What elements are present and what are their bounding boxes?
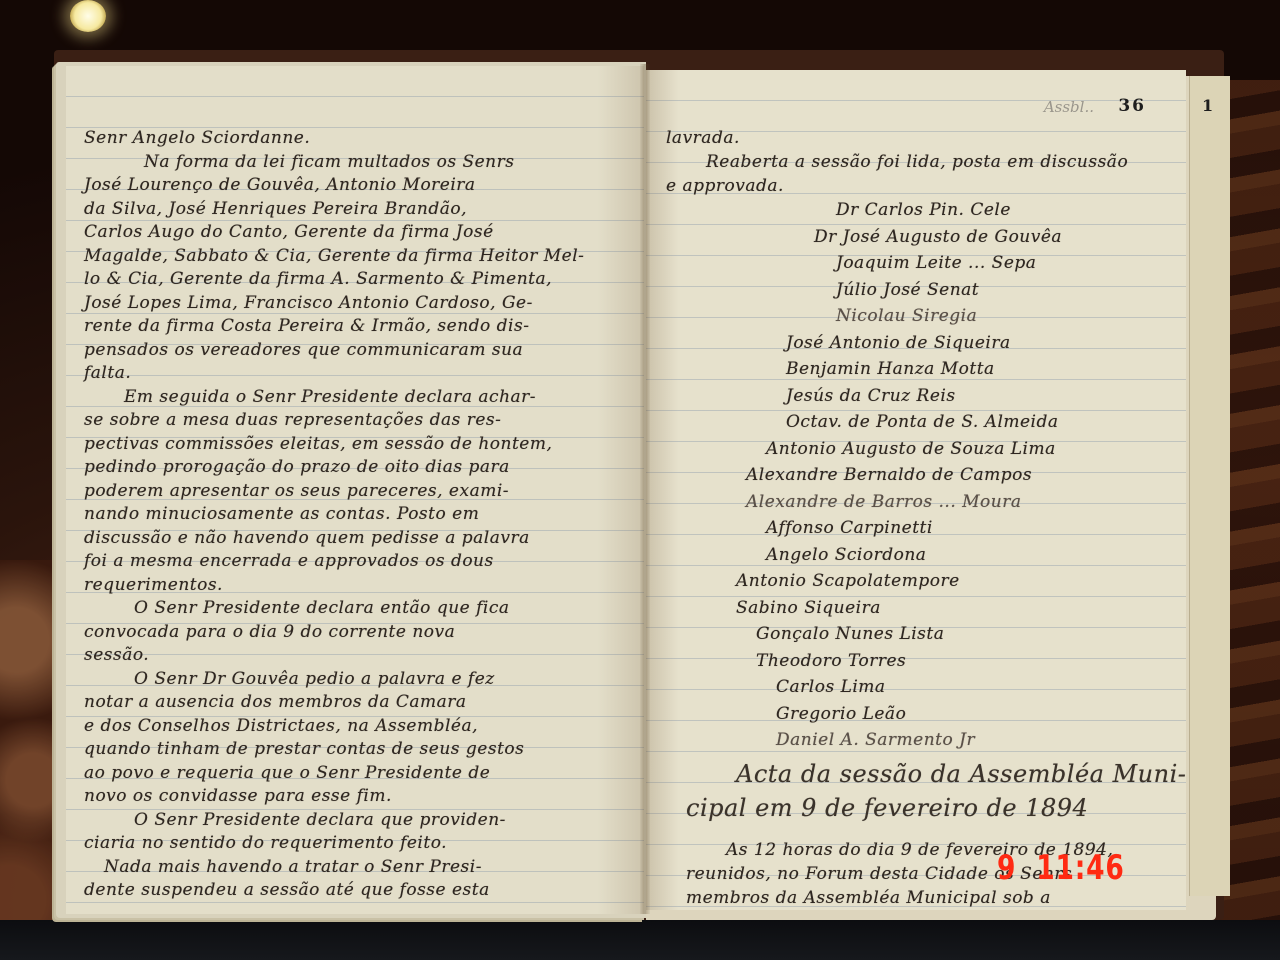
left-page-line: falta. — [84, 363, 131, 383]
left-page-line: poderem apresentar os seus pareceres, ex… — [84, 481, 509, 501]
signature: Antonio Augusto de Souza Lima — [766, 439, 1056, 459]
left-page-line: pedindo prorogação do prazo de oito dias… — [84, 457, 510, 477]
background-carpet — [0, 560, 55, 960]
left-page-line: Senr Angelo Sciordanne. — [84, 128, 310, 148]
signature: Alexandre Bernaldo de Campos — [746, 465, 1032, 485]
left-page-line: Nada mais havendo a tratar o Senr Presi- — [104, 857, 482, 877]
left-page-line: foi a mesma encerrada e approvados os do… — [84, 551, 494, 571]
left-page-line: José Lourenço de Gouvêa, Antonio Moreira — [84, 175, 476, 195]
right-page-line: lavrada. — [666, 128, 740, 148]
left-page-line: Carlos Augo do Canto, Gerente da firma J… — [84, 222, 494, 242]
open-ledger-book: Senr Angelo Sciordanne.Na forma da lei f… — [54, 50, 1224, 925]
signature: Dr Carlos Pin. Cele — [836, 200, 1011, 220]
signature: Benjamin Hanza Motta — [786, 359, 995, 379]
left-page-line: se sobre a mesa duas representações das … — [84, 410, 501, 430]
left-page-line: ciaria no sentido do requerimento feito. — [84, 833, 447, 853]
left-page-line: e dos Conselhos Districtaes, na Assemblé… — [84, 716, 478, 736]
left-page-line: sessão. — [84, 645, 149, 665]
left-page-line: Na forma da lei ficam multados os Senrs — [144, 152, 514, 172]
lamp-reflection — [70, 0, 106, 32]
left-page-line: O Senr Presidente declara que providen- — [134, 810, 506, 830]
left-page-line: rente da firma Costa Pereira & Irmão, se… — [84, 316, 529, 336]
signature: Gonçalo Nunes Lista — [756, 624, 944, 644]
signature: Sabino Siqueira — [736, 598, 881, 618]
signature: Gregorio Leão — [776, 704, 906, 724]
signature: Angelo Sciordona — [766, 545, 926, 565]
right-page-line: Reaberta a sessão foi lida, posta em dis… — [706, 152, 1128, 172]
left-page-line: nando minuciosamente as contas. Posto em — [84, 504, 479, 524]
signature: Dr José Augusto de Gouvêa — [814, 227, 1062, 247]
left-page-line: O Senr Presidente declara então que fica — [134, 598, 510, 618]
left-page-line: ao povo e requeria que o Senr Presidente… — [84, 763, 490, 783]
left-page-line: O Senr Dr Gouvêa pedio a palavra e fez — [134, 669, 495, 689]
left-page-line: notar a ausencia dos membros da Camara — [84, 692, 467, 712]
right-page: Assbl.. 36 lavrada.Reaberta a sessão foi… — [646, 70, 1186, 910]
minutes-entry-title: Acta da sessão da Assembléa Muni- — [736, 760, 1186, 788]
left-page: Senr Angelo Sciordanne.Na forma da lei f… — [66, 66, 644, 914]
underlying-page-tab-number: 1 — [1202, 96, 1213, 115]
camera-timestamp: 9 11:46 — [997, 848, 1125, 888]
left-page-line: pectivas commissões eleitas, em sessão d… — [84, 434, 552, 454]
signature: Daniel A. Sarmento Jr — [776, 730, 975, 750]
right-page-line: e approvada. — [666, 176, 784, 196]
signature: Octav. de Ponta de S. Almeida — [786, 412, 1059, 432]
signature: Carlos Lima — [776, 677, 886, 697]
page-number: 36 — [1118, 96, 1146, 116]
signature: Theodoro Torres — [756, 651, 906, 671]
signature: Júlio José Senat — [836, 280, 979, 300]
photo-scene: Senr Angelo Sciordanne.Na forma da lei f… — [0, 0, 1280, 960]
signature: Antonio Scapolatempore — [736, 571, 960, 591]
left-page-line: novo os convidasse para esse fim. — [84, 786, 392, 806]
left-page-line: da Silva, José Henriques Pereira Brandão… — [84, 199, 467, 219]
minutes-entry-title: cipal em 9 de fevereiro de 1894 — [686, 794, 1088, 822]
signature: Jesús da Cruz Reis — [786, 386, 956, 406]
pencil-annotation: Assbl.. — [1044, 98, 1094, 116]
signature: Affonso Carpinetti — [766, 518, 933, 538]
left-page-line: convocada para o dia 9 do corrente nova — [84, 622, 455, 642]
display-case-edge — [0, 920, 1280, 960]
signature: Alexandre de Barros ... Moura — [746, 492, 1021, 512]
left-page-line: Em seguida o Senr Presidente declara ach… — [124, 387, 536, 407]
left-page-line: José Lopes Lima, Francisco Antonio Cardo… — [84, 293, 533, 313]
left-page-line: Magalde, Sabbato & Cia, Gerente da firma… — [84, 246, 584, 266]
minutes-entry-line: membros da Assembléa Municipal sob a — [686, 888, 1051, 908]
signature: Nicolau Siregia — [836, 306, 977, 326]
left-page-line: quando tinham de prestar contas de seus … — [84, 739, 524, 759]
left-page-line: discussão e não havendo quem pedisse a p… — [84, 528, 530, 548]
book-gutter — [640, 64, 650, 914]
left-page-line: dente suspendeu a sessão até que fosse e… — [84, 880, 490, 900]
signature: José Antonio de Siqueira — [786, 333, 1011, 353]
left-page-line: pensados os vereadores que communicaram … — [84, 340, 523, 360]
left-page-line: requerimentos. — [84, 575, 223, 595]
signature: Joaquim Leite ... Sepa — [836, 253, 1036, 273]
left-page-line: lo & Cia, Gerente da firma A. Sarmento &… — [84, 269, 552, 289]
